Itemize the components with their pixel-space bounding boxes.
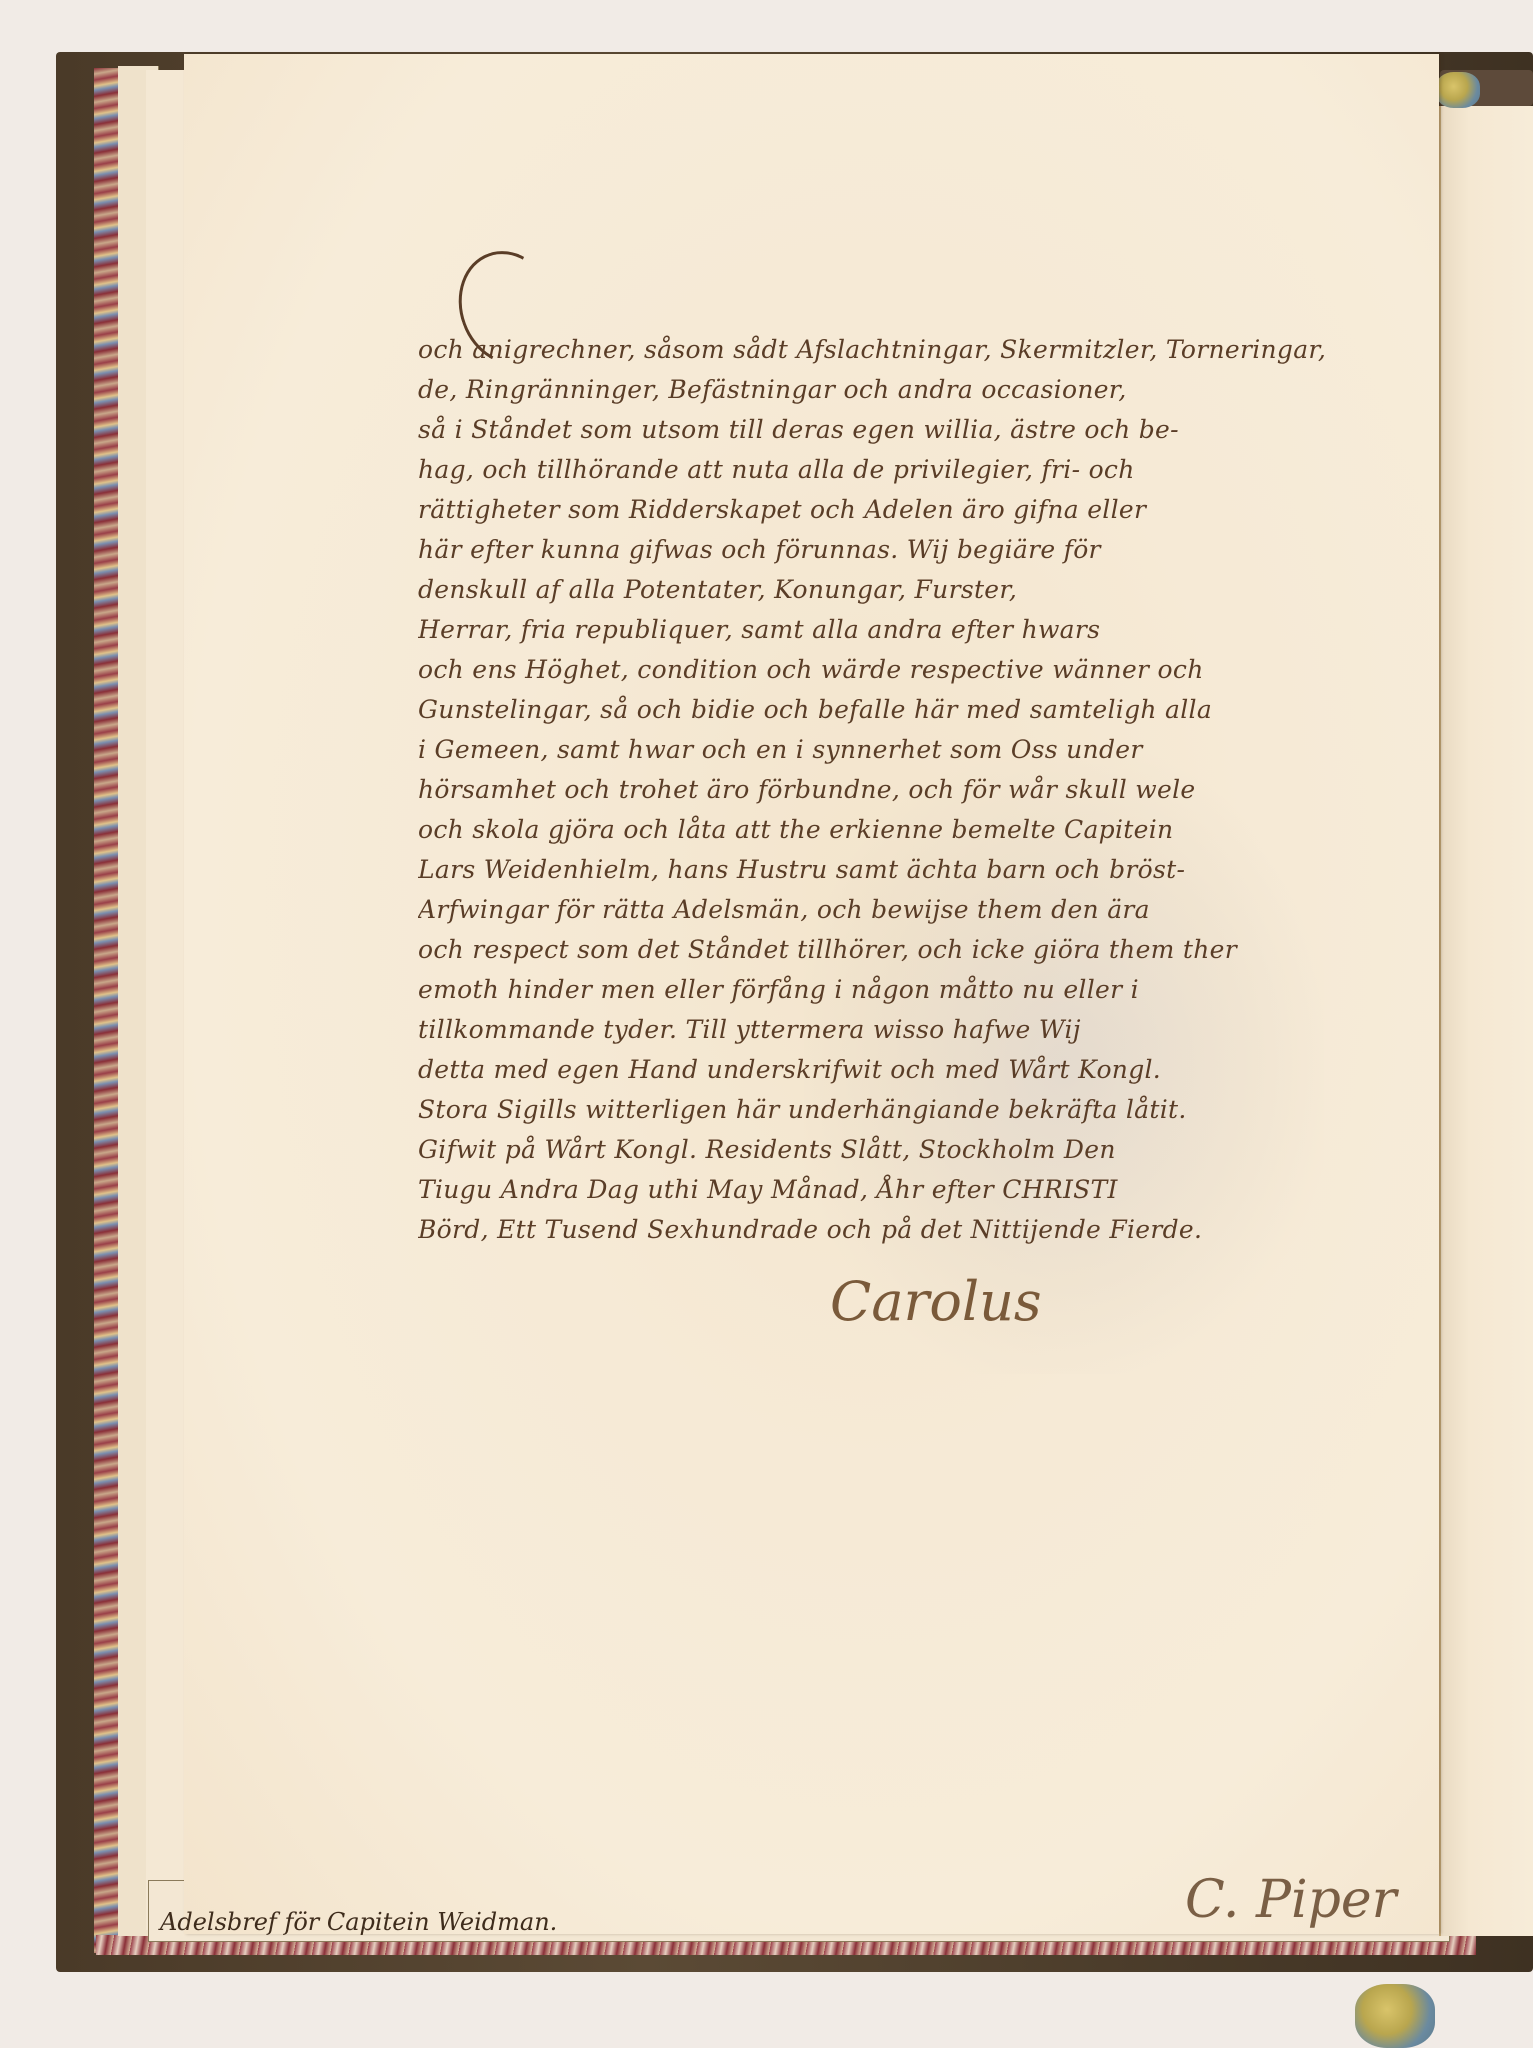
archival-note: Adelsbref för Capitein Weidman.	[160, 1908, 557, 1936]
text-line-dating: Tiugu Andra Dag uthi May Månad, Åhr efte…	[418, 1170, 1378, 1210]
text-line: så i Ståndet som utsom till deras egen w…	[418, 410, 1378, 450]
text-line: rättigheter som Ridderskapet och Adelen …	[418, 490, 1378, 530]
text-line-name: Lars Weidenhielm, hans Hustru samt ächta…	[418, 850, 1378, 890]
signature-king: Carolus	[830, 1270, 1042, 1333]
text-line: Stora Sigills witterligen här underhängi…	[418, 1090, 1378, 1130]
text-line: denskull af alla Potentater, Konungar, F…	[418, 570, 1378, 610]
bookmark-ribbon-top	[1436, 72, 1480, 108]
text-line: och ens Höghet, condition och wärde resp…	[418, 650, 1378, 690]
text-line: i Gemeen, samt hwar och en i synnerhet s…	[418, 730, 1378, 770]
facing-page	[1439, 106, 1533, 1936]
text-line: och skola gjöra och låta att the erkienn…	[418, 810, 1378, 850]
text-line: och anigrechner, såsom sådt Afslachtning…	[418, 330, 1378, 370]
text-line: här efter kunna gifwas och förunnas. Wij…	[418, 530, 1378, 570]
marbled-endpaper	[94, 68, 118, 1953]
text-line: hag, och tillhörande att nuta alla de pr…	[418, 450, 1378, 490]
text-line: emoth hinder men eller förfång i någon m…	[418, 970, 1378, 1010]
text-line: tillkommande tyder. Till yttermera wisso…	[418, 1010, 1378, 1050]
text-line-dating: Börd, Ett Tusend Sexhundrade och på det …	[418, 1210, 1378, 1250]
text-line: hörsamhet och trohet äro förbundne, och …	[418, 770, 1378, 810]
manuscript-text: och anigrechner, såsom sådt Afslachtning…	[418, 330, 1378, 1250]
text-line: och respect som det Ståndet tillhörer, o…	[418, 930, 1378, 970]
text-line: Gunstelingar, så och bidie och befalle h…	[418, 690, 1378, 730]
text-line: Arfwingar för rätta Adelsmän, och bewijs…	[418, 890, 1378, 930]
text-line: de, Ringränninger, Befästningar och andr…	[418, 370, 1378, 410]
text-line: Herrar, fria republiquer, samt alla andr…	[418, 610, 1378, 650]
bookmark-ribbon-bottom	[1355, 1984, 1435, 2048]
signature-countersign: C. Piper	[1185, 1870, 1397, 1930]
text-line: detta med egen Hand underskrifwit och me…	[418, 1050, 1378, 1090]
text-line-dating: Gifwit på Wårt Kongl. Residents Slått, S…	[418, 1130, 1378, 1170]
